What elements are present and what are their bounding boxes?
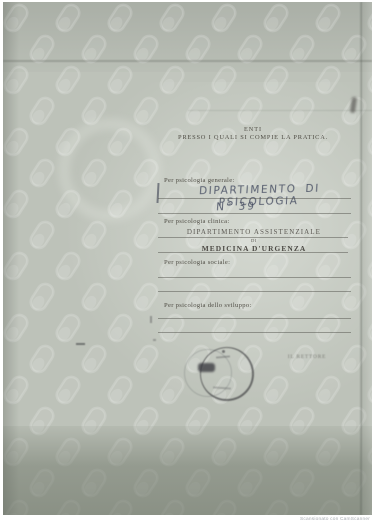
pen-dash-mark xyxy=(76,343,85,345)
typed-entry-clinica-connector: DI xyxy=(158,238,350,243)
section-sviluppo-label: Per psicologia dello sviluppo: xyxy=(164,302,252,309)
horizontal-crease-2 xyxy=(188,110,372,111)
fill-in-line xyxy=(158,332,351,333)
fill-in-line xyxy=(158,277,351,278)
section-clinica-label: Per psicologia clinica: xyxy=(164,218,230,225)
page-edge-fold xyxy=(360,2,362,515)
form-header: ENTI PRESSO I QUALI SI COMPIE LA PRATICA… xyxy=(131,126,372,143)
scanned-document-page: { "page": { "header": { "line1": "ENTI",… xyxy=(0,0,374,530)
fill-in-line xyxy=(158,252,348,253)
typed-entry-clinica-line1: DIPARTIMENTO ASSISTENZIALE xyxy=(158,228,350,236)
fill-in-line xyxy=(158,318,351,319)
rector-signature-label: IL RETTORE xyxy=(275,354,339,360)
section-generale-label: Per psicologia generale: xyxy=(164,177,235,184)
form-header-line2: PRESSO I QUALI SI COMPIE LA PRATICA. xyxy=(131,134,372,143)
pen-tick-mark xyxy=(150,316,152,323)
fill-in-line xyxy=(158,198,351,199)
stamp-ink-blob xyxy=(198,363,215,372)
camscanner-watermark: Scansionato con CamScanner xyxy=(220,517,370,522)
horizontal-crease xyxy=(3,60,372,62)
stamp-ink-dot xyxy=(222,350,225,353)
fill-in-line xyxy=(158,291,351,292)
section-sociale-label: Per psicologia sociale: xyxy=(164,259,230,266)
form-header-line1: ENTI xyxy=(131,126,372,134)
fill-in-line xyxy=(158,213,351,214)
document-photo: ENTI PRESSO I QUALI SI COMPIE LA PRATICA… xyxy=(3,2,372,515)
pen-tick-mark-2 xyxy=(153,339,156,341)
